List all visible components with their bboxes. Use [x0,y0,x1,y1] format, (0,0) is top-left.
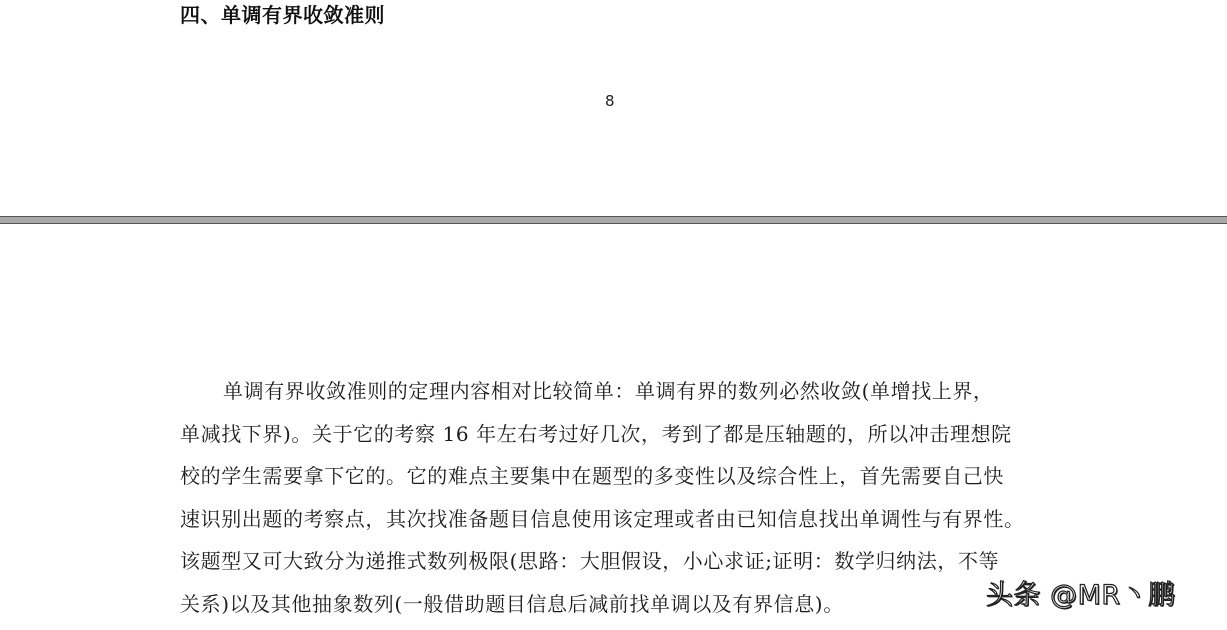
paragraph-line: 速识别出题的考察点，其次找准备题目信息使用该定理或者由已知信息找出单调性与有界性… [180,498,1080,541]
paragraph-line: 该题型又可大致分为递推式数列极限(思路：大胆假设，小心求证;证明：数学归纳法，不… [180,540,1080,583]
body-paragraph: 单调有界收敛准则的定理内容相对比较简单：单调有界的数列必然收敛(单增找上界， 单… [180,370,1080,625]
paragraph-line: 单调有界收敛准则的定理内容相对比较简单：单调有界的数列必然收敛(单增找上界， [180,370,1080,413]
previous-page: 四、单调有界收敛准则 8 [0,0,1227,216]
page-number: 8 [605,91,615,111]
section-heading: 四、单调有界收敛准则 [180,1,385,29]
paragraph-line: 关系)以及其他抽象数列(一般借助题目信息后减前找单调以及有界信息)。 [180,583,1080,626]
page-separator [0,216,1227,224]
watermark: 头条 @MR丶鹏 [986,578,1176,614]
paragraph-line: 单减找下界)。关于它的考察 16 年左右考过好几次，考到了都是压轴题的，所以冲击… [180,413,1080,456]
paragraph-line: 校的学生需要拿下它的。它的难点主要集中在题型的多变性以及综合性上，首先需要自己快 [180,455,1080,498]
